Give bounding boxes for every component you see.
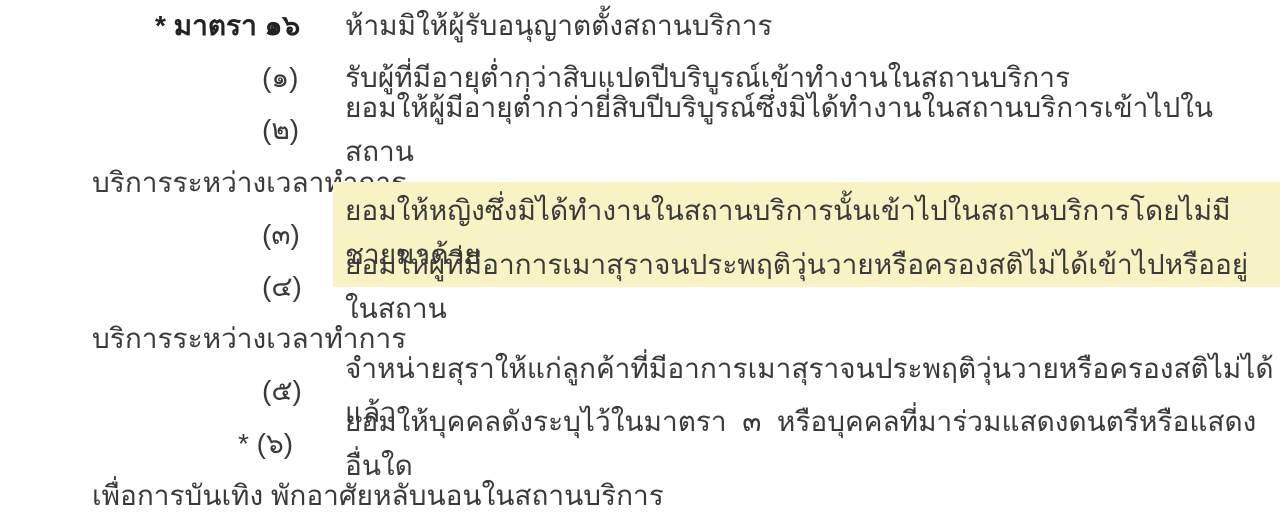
- clause-number: (๑): [262, 56, 345, 100]
- clause-text: ยอมให้ผู้มีอายุต่ำกว่ายี่สิบปีบริบูรณ์ซึ…: [345, 86, 1280, 174]
- clause-number: * (๖): [238, 422, 345, 466]
- section-heading-text: ห้ามมิให้ผู้รับอนุญาตตั้งสถานบริการ: [345, 4, 772, 48]
- document-page: * มาตรา ๑๖ ห้ามมิให้ผู้รับอนุญาตตั้งสถาน…: [0, 0, 1280, 522]
- clause-line-2: (๒) ยอมให้ผู้มีอายุต่ำกว่ายี่สิบปีบริบูร…: [0, 104, 1280, 156]
- clause-number: (๕): [262, 369, 345, 413]
- clause-line-4: (๔) ยอมให้ผู้ที่มีอาการเมาสุราจนประพฤติว…: [0, 261, 1280, 313]
- section-heading: * มาตรา ๑๖ ห้ามมิให้ผู้รับอนุญาตตั้งสถาน…: [0, 0, 1280, 52]
- clause-text: ยอมให้ผู้ที่มีอาการเมาสุราจนประพฤติวุ่นว…: [345, 243, 1280, 331]
- section-number: * มาตรา ๑๖: [155, 4, 345, 48]
- clause-text-continuation: เพื่อการบันเทิง พักอาศัยหลับนอนในสถานบริ…: [92, 474, 664, 518]
- clause-line-6-starred: * (๖) ยอมให้บุคคลดังระบุไว้ในมาตรา ๓ หรื…: [0, 418, 1280, 470]
- clause-number: (๔): [262, 265, 345, 309]
- clause-number: (๒): [262, 108, 345, 152]
